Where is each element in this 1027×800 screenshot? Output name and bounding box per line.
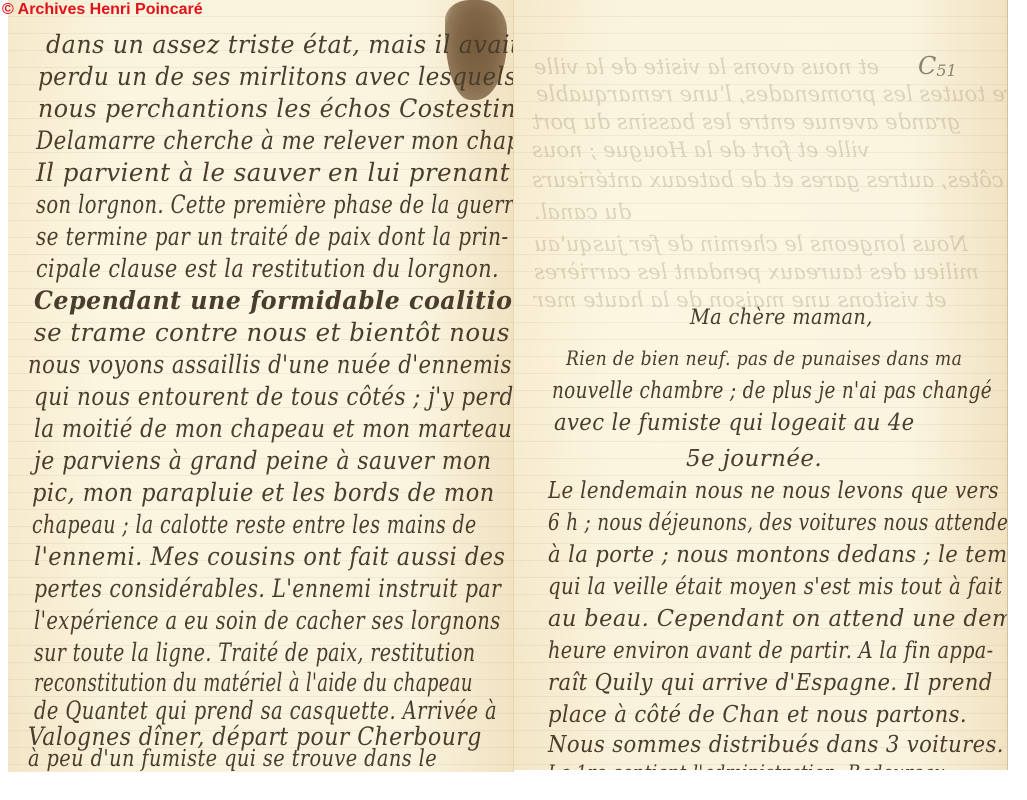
manuscript-line: 6 h ; nous déjeunons, des voitures nous … [548, 510, 1008, 536]
manuscript-line: nouvelle chambre ; de plus je n'ai pas c… [552, 378, 992, 404]
folio-digits: 51 [936, 61, 956, 80]
left-manuscript-page: dans un assez triste état, mais il avait… [8, 0, 514, 772]
faint-line: Nous longeons le chemin de fer jusqu'au [534, 232, 968, 256]
manuscript-line: au beau. Cependant on attend une demi [548, 606, 1008, 632]
manuscript-line: qui nous entourent de tous côtés ; j'y p… [34, 382, 514, 411]
folio-number: C51 [918, 52, 957, 80]
faint-line: grande avenue entre les bassins du port [532, 110, 961, 134]
manuscript-line: à peu d'un fumiste qui se trouve dans le [28, 746, 437, 772]
manuscript-line: je parviens à grand peine à sauver mon [34, 446, 492, 475]
manuscript-line: reconstitution du matériel à l'aide du c… [34, 668, 473, 697]
faint-line: du canal. [534, 200, 631, 224]
salutation: Ma chère maman, [690, 305, 873, 329]
manuscript-line: Nous sommes distribués dans 3 voitures. [548, 732, 1004, 758]
faint-line: entre toutes les promenades, l'une remar… [536, 82, 1008, 106]
manuscript-line: cipale clause est la restitution du lorg… [36, 254, 499, 283]
manuscript-line: se trame contre nous et bientôt nous [34, 318, 510, 347]
folio-letter: C [918, 52, 936, 80]
manuscript-line: nous perchantions les échos Costestinois… [38, 94, 514, 123]
manuscript-line: se termine par un traité de paix dont la… [36, 222, 509, 251]
section-heading: 5e journée. [686, 446, 822, 472]
manuscript-line: Le lendemain nous ne nous levons que ver… [548, 478, 999, 504]
faint-line: milieu des taureaux pendant les carrière… [534, 260, 979, 284]
manuscript-line: la moitié de mon chapeau et mon marteau [34, 414, 512, 443]
manuscript-line: sur toute la ligne. Traité de paix, rest… [34, 638, 475, 667]
manuscript-line: chapeau ; la calotte reste entre les mai… [32, 510, 477, 539]
manuscript-line: raît Quily qui arrive d'Espagne. Il pren… [548, 670, 993, 696]
manuscript-line: Delamarre cherche à me relever mon chape… [36, 126, 514, 155]
manuscript-line: Rien de bien neuf. pas de punaises dans … [566, 346, 962, 370]
manuscript-line: pic, mon parapluie et les bords de mon [32, 478, 495, 507]
faint-line: et nous avons la visite de la ville [534, 55, 879, 79]
manuscript-line: La 1re contient l'administration, Badour… [548, 760, 946, 770]
manuscript-line: l'expérience a eu soin de cacher ses lor… [34, 606, 501, 635]
scan-right-margin [1008, 0, 1027, 800]
manuscript-line: Cependant une formidable coalition [34, 286, 514, 315]
manuscript-line: l'ennemi. Mes cousins ont fait aussi des [34, 542, 505, 571]
manuscript-line: avec le fumiste qui logeait au 4e [554, 410, 915, 436]
archive-watermark: © Archives Henri Poincaré [2, 0, 203, 20]
manuscript-line: Il parvient à le sauver en lui prenant [36, 158, 510, 187]
manuscript-line: pertes considérables. L'ennemi instruit … [34, 574, 501, 603]
manuscript-line: dans un assez triste état, mais il avait [46, 30, 514, 59]
manuscript-scan: dans un assez triste état, mais il avait… [0, 0, 1027, 800]
faint-line: ville et fort de la Hougue ; nous [532, 138, 869, 162]
right-manuscript-page: et nous avons la visite de la ville entr… [514, 0, 1008, 770]
manuscript-line: nous voyons assaillis d'une nuée d'ennem… [28, 350, 512, 379]
manuscript-line: son lorgnon. Cette première phase de la … [36, 190, 514, 219]
manuscript-line: heure environ avant de partir. A la fin … [548, 638, 994, 664]
manuscript-line: place à côté de Chan et nous partons. [548, 702, 967, 728]
scan-bottom-margin [0, 772, 1027, 800]
manuscript-line: perdu un de ses mirlitons avec lesquels [38, 62, 514, 91]
faint-line: les côtes, autres gares et de bateaux an… [532, 168, 1008, 192]
manuscript-line: de Quantet qui prend sa casquette. Arriv… [34, 696, 497, 725]
manuscript-line: à la porte ; nous montons dedans ; le te… [548, 542, 1008, 568]
manuscript-line: qui la veille était moyen s'est mis tout… [548, 574, 1003, 600]
